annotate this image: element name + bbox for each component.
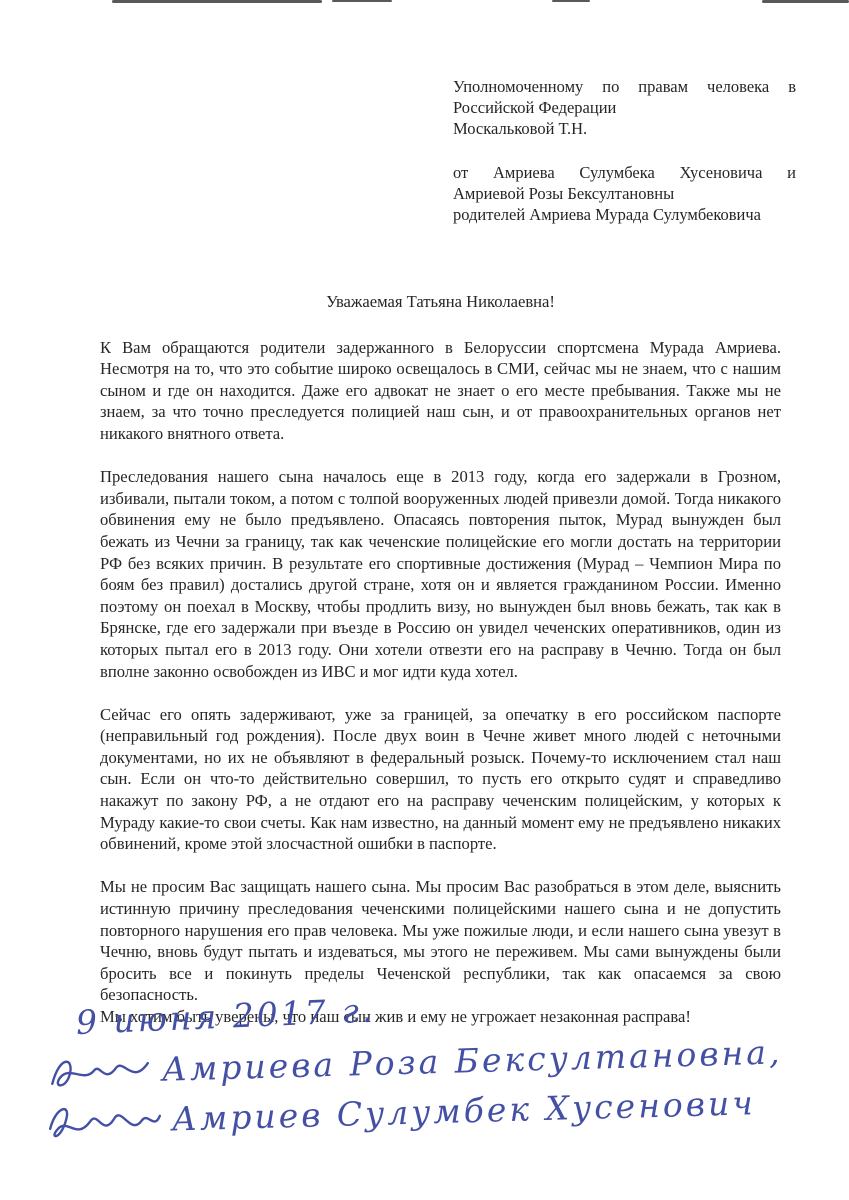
sender-block: от Амриева Сулумбека Хусеновича и Амриев… <box>453 162 796 225</box>
signature-flourish-icon <box>45 1096 164 1147</box>
salutation: Уважаемая Татьяна Николаевна! <box>100 291 781 313</box>
body-paragraph: К Вам обращаются родители задержанного в… <box>100 337 781 445</box>
body-paragraph: Сейчас его опять задерживают, уже за гра… <box>100 704 781 855</box>
scan-artifact <box>552 0 590 2</box>
signature-flourish-icon <box>45 1047 154 1096</box>
body-paragraph: Преследования нашего сына началось еще в… <box>100 466 781 682</box>
sender-line: от Амриева Сулумбека Хусеновича и <box>453 162 796 183</box>
recipient-block: Уполномоченному по правам человека в Рос… <box>453 76 796 139</box>
scan-artifact <box>332 0 392 2</box>
recipient-line: Москальковой Т.Н. <box>453 118 796 139</box>
letter-body: Уважаемая Татьяна Николаевна! К Вам обра… <box>100 291 781 1028</box>
signature-block: 9 июня 2017 г. Амриева Роза Бексултановн… <box>46 998 841 1148</box>
sender-line: родителей Амриева Мурада Сулумбековича <box>453 204 796 225</box>
scan-artifact <box>112 0 322 3</box>
recipient-line: Российской Федерации <box>453 97 796 118</box>
recipient-line: Уполномоченному по правам человека в <box>453 76 796 97</box>
scan-artifact <box>762 0 849 3</box>
scanned-letter-page: Уполномоченному по правам человека в Рос… <box>0 0 849 1200</box>
letter-header: Уполномоченному по правам человека в Рос… <box>453 76 796 225</box>
sender-line: Амриевой Розы Бексултановны <box>453 183 796 204</box>
